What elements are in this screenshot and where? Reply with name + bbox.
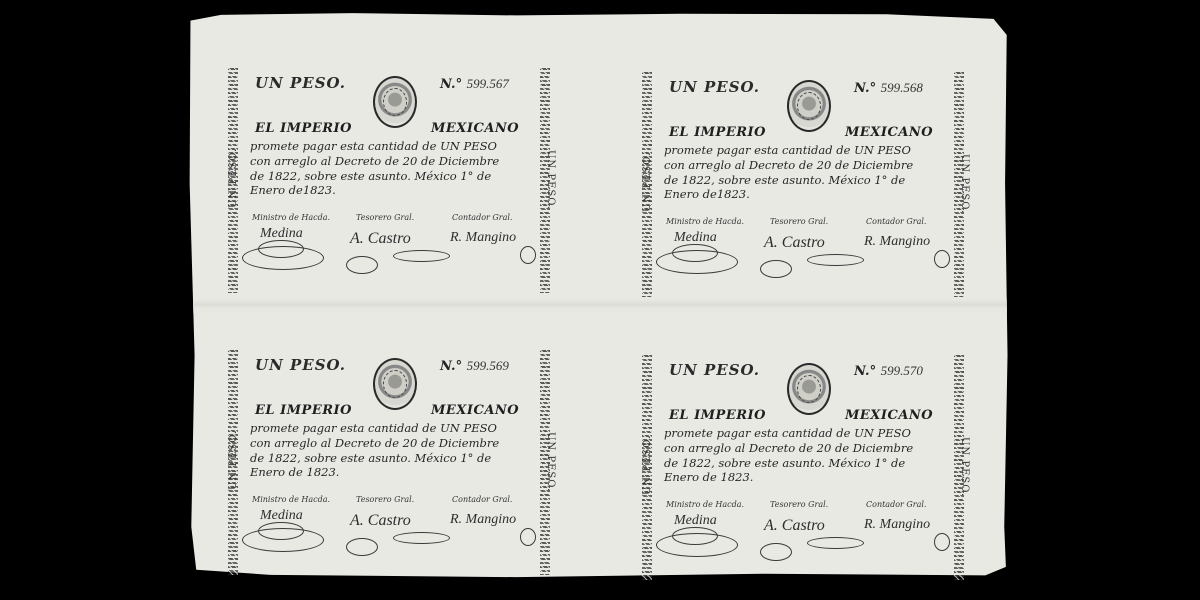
signature-flourish xyxy=(934,533,950,551)
promise-line-3: de 1822, sobre este asunto. México 1° de xyxy=(664,173,905,187)
signature-treasurer: A. Castro xyxy=(350,230,411,248)
signature-title-treasurer: Tesorero Gral. xyxy=(356,213,414,222)
signature-flourish xyxy=(258,522,304,540)
heading-right: MEXICANO xyxy=(845,125,933,140)
heading-left: EL IMPERIO xyxy=(255,121,352,136)
signature-flourish xyxy=(393,532,450,544)
signature-title-accountant: Contador Gral. xyxy=(866,500,926,509)
signature-title-accountant: Contador Gral. xyxy=(452,213,512,222)
signature-accountant: R. Mangino xyxy=(864,234,930,250)
signature-treasurer: A. Castro xyxy=(350,512,411,530)
signature-flourish xyxy=(807,537,864,549)
serial-number: N.° 599.570 xyxy=(854,363,923,379)
side-label-left: UN PESO. xyxy=(642,435,653,495)
promise-line-1: promete pagar esta cantidad de UN PESO xyxy=(250,139,497,153)
serial-number: N.° 599.567 xyxy=(440,76,509,92)
side-label-right: UN PESO. xyxy=(959,437,970,497)
signature-flourish xyxy=(520,528,536,546)
serial-number: N.° 599.569 xyxy=(440,358,509,374)
signature-flourish xyxy=(346,538,378,556)
banknote-3: UN PESO. N.° 599.569 EL IMPERIO MEXICANO… xyxy=(228,350,558,575)
signature-flourish xyxy=(934,250,950,268)
serial-prefix: N.° xyxy=(440,77,462,92)
heading-right: MEXICANO xyxy=(431,121,519,136)
signature-title-treasurer: Tesorero Gral. xyxy=(770,217,828,226)
side-label-right: UN PESO. xyxy=(545,432,556,492)
promise-line-3: de 1822, sobre este asunto. México 1° de xyxy=(250,169,491,183)
promise-line-4: Enero de1823. xyxy=(250,183,336,197)
signature-accountant: R. Mangino xyxy=(450,512,516,528)
serial-value: 599.567 xyxy=(467,76,509,91)
signature-title-minister: Ministro de Hacda. xyxy=(252,495,330,504)
signature-treasurer: A. Castro xyxy=(764,234,825,252)
signature-flourish xyxy=(346,256,378,274)
signature-flourish xyxy=(393,250,450,262)
signature-title-treasurer: Tesorero Gral. xyxy=(770,500,828,509)
side-label-right: UN PESO. xyxy=(959,154,970,214)
heading-left: EL IMPERIO xyxy=(669,125,766,140)
signature-title-treasurer: Tesorero Gral. xyxy=(356,495,414,504)
serial-prefix: N.° xyxy=(854,81,876,96)
note-title: UN PESO. xyxy=(255,356,346,374)
signature-flourish xyxy=(760,543,792,561)
promise-line-2: con arreglo al Decreto de 20 de Diciembr… xyxy=(250,154,499,168)
serial-value: 599.568 xyxy=(881,80,923,95)
serial-value: 599.570 xyxy=(881,363,923,378)
signature-flourish xyxy=(760,260,792,278)
signature-title-accountant: Contador Gral. xyxy=(452,495,512,504)
signature-title-minister: Ministro de Hacda. xyxy=(666,217,744,226)
promise-line-1: promete pagar esta cantidad de UN PESO xyxy=(250,421,497,435)
signature-accountant: R. Mangino xyxy=(864,517,930,533)
promise-line-2: con arreglo al Decreto de 20 de Diciembr… xyxy=(664,158,913,172)
heading-left: EL IMPERIO xyxy=(255,403,352,418)
imperial-eagle-seal-icon xyxy=(373,358,417,410)
note-title: UN PESO. xyxy=(669,361,760,379)
banknote-4: UN PESO. N.° 599.570 EL IMPERIO MEXICANO… xyxy=(642,355,972,580)
promise-line-4: Enero de1823. xyxy=(664,187,750,201)
promise-line-1: promete pagar esta cantidad de UN PESO xyxy=(664,143,911,157)
signature-title-minister: Ministro de Hacda. xyxy=(666,500,744,509)
heading-left: EL IMPERIO xyxy=(669,408,766,423)
banknote-2: UN PESO. N.° 599.568 EL IMPERIO MEXICANO… xyxy=(642,72,972,297)
signature-flourish xyxy=(672,527,718,545)
fold-line xyxy=(188,299,1010,313)
signature-accountant: R. Mangino xyxy=(450,230,516,246)
heading-right: MEXICANO xyxy=(431,403,519,418)
signature-flourish xyxy=(520,246,536,264)
imperial-eagle-seal-icon xyxy=(787,80,831,132)
signature-title-accountant: Contador Gral. xyxy=(866,217,926,226)
signature-flourish xyxy=(807,254,864,266)
signature-flourish xyxy=(258,240,304,258)
signature-title-minister: Ministro de Hacda. xyxy=(252,213,330,222)
imperial-eagle-seal-icon xyxy=(787,363,831,415)
promise-line-3: de 1822, sobre este asunto. México 1° de xyxy=(664,456,905,470)
banknote-1: UN PESO. N.° 599.567 EL IMPERIO MEXICANO… xyxy=(228,68,558,293)
side-label-left: UN PESO. xyxy=(228,148,239,208)
side-label-right: UN PESO. xyxy=(545,150,556,210)
serial-number: N.° 599.568 xyxy=(854,80,923,96)
note-title: UN PESO. xyxy=(255,74,346,92)
heading-right: MEXICANO xyxy=(845,408,933,423)
promise-line-2: con arreglo al Decreto de 20 de Diciembr… xyxy=(664,441,913,455)
side-label-left: UN PESO. xyxy=(228,430,239,490)
promise-line-3: de 1822, sobre este asunto. México 1° de xyxy=(250,451,491,465)
imperial-eagle-seal-icon xyxy=(373,76,417,128)
side-label-left: UN PESO. xyxy=(642,152,653,212)
signature-treasurer: A. Castro xyxy=(764,517,825,535)
promise-line-4: Enero de 1823. xyxy=(250,465,339,479)
promise-line-1: promete pagar esta cantidad de UN PESO xyxy=(664,426,911,440)
serial-prefix: N.° xyxy=(854,364,876,379)
signature-flourish xyxy=(672,244,718,262)
serial-prefix: N.° xyxy=(440,359,462,374)
serial-value: 599.569 xyxy=(467,358,509,373)
promise-line-2: con arreglo al Decreto de 20 de Diciembr… xyxy=(250,436,499,450)
promise-line-4: Enero de 1823. xyxy=(664,470,753,484)
note-title: UN PESO. xyxy=(669,78,760,96)
